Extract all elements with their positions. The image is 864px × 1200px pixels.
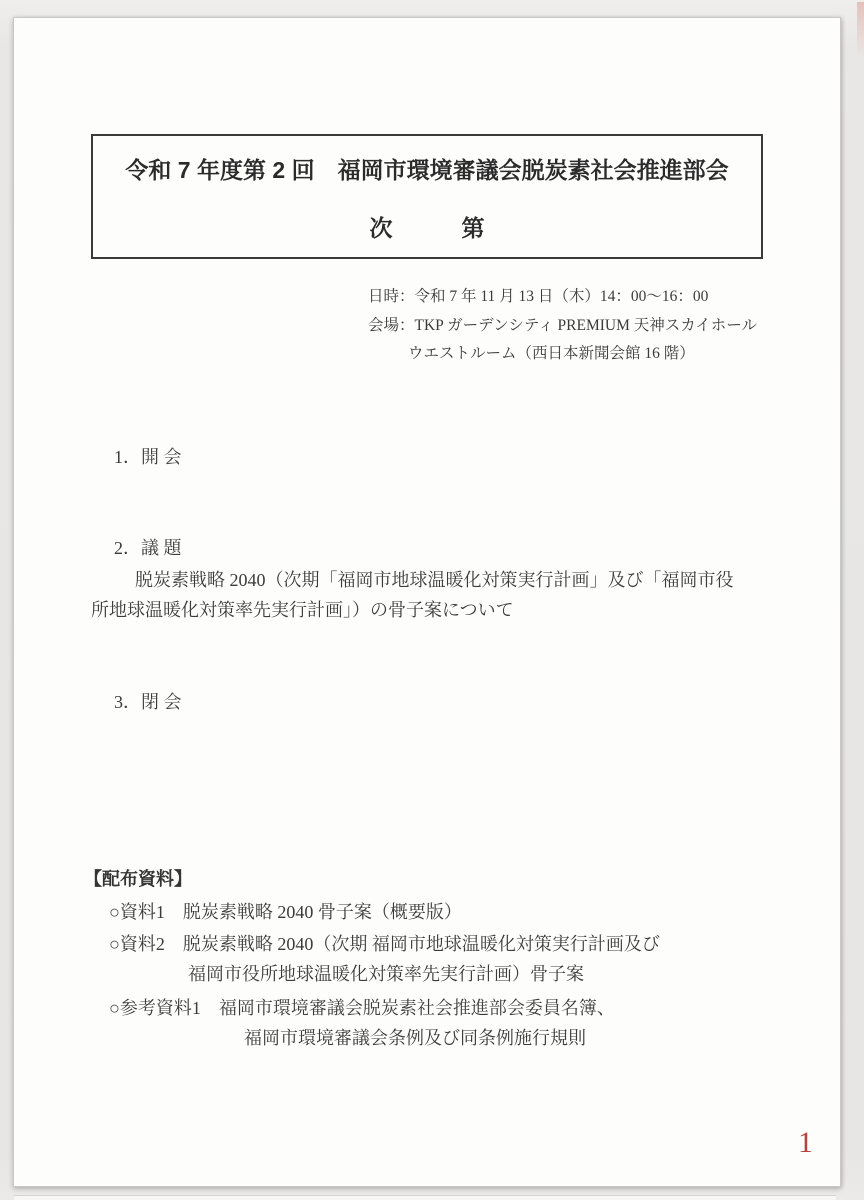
handout-reference1-line2: 福岡市環境審議会条例及び同条例施行規則 — [244, 1026, 586, 1050]
handout-material2-line1: ○資料2 脱炭素戦略 2040（次期 福岡市地球温暖化対策実行計画及び — [109, 932, 660, 956]
agenda-item-closing: 3．閉 会 — [114, 690, 182, 714]
meeting-venue-room: ウエストルーム（西日本新聞会館 16 階） — [368, 340, 757, 369]
screenshot-root: 令和 7 年度第 2 回 福岡市環境審議会脱炭素社会推進部会 次 第 日時：令和… — [0, 0, 864, 1200]
title-box: 令和 7 年度第 2 回 福岡市環境審議会脱炭素社会推進部会 次 第 — [91, 134, 763, 259]
handout-material1: ○資料1 脱炭素戦略 2040 骨子案（概要版） — [109, 900, 462, 924]
agenda-topic-detail-line2: 所地球温暖化対策率先実行計画」）の骨子案について — [91, 598, 514, 622]
meeting-info-block: 日時：令和 7 年 11 月 13 日（木）14：00～16：00 会場：TKP… — [368, 283, 757, 369]
agenda-topic-detail-line1: 脱炭素戦略 2040（次期「福岡市地球温暖化対策実行計画」及び「福岡市役 — [135, 568, 734, 592]
next-page-edge — [14, 1195, 836, 1200]
handouts-section-heading: 【配布資料】 — [84, 867, 192, 891]
agenda-item-opening: 1．開 会 — [114, 445, 182, 469]
document-title: 令和 7 年度第 2 回 福岡市環境審議会脱炭素社会推進部会 — [93, 156, 761, 184]
scan-artifact — [857, 2, 864, 57]
meeting-datetime: 日時：令和 7 年 11 月 13 日（木）14：00～16：00 — [368, 283, 757, 312]
handout-material2-line2: 福岡市役所地球温暖化対策率先実行計画）骨子案 — [188, 962, 584, 986]
meeting-venue: 会場：TKP ガーデンシティ PREMIUM 天神スカイホール — [368, 312, 757, 341]
page-number: 1 — [798, 1126, 813, 1160]
handout-reference1-line1: ○参考資料1 福岡市環境審議会脱炭素社会推進部会委員名簿、 — [109, 996, 615, 1020]
document-page: 令和 7 年度第 2 回 福岡市環境審議会脱炭素社会推進部会 次 第 日時：令和… — [13, 17, 841, 1187]
agenda-item-topic-heading: 2．議 題 — [114, 536, 182, 560]
document-subtitle-jidai: 次 第 — [93, 214, 761, 242]
